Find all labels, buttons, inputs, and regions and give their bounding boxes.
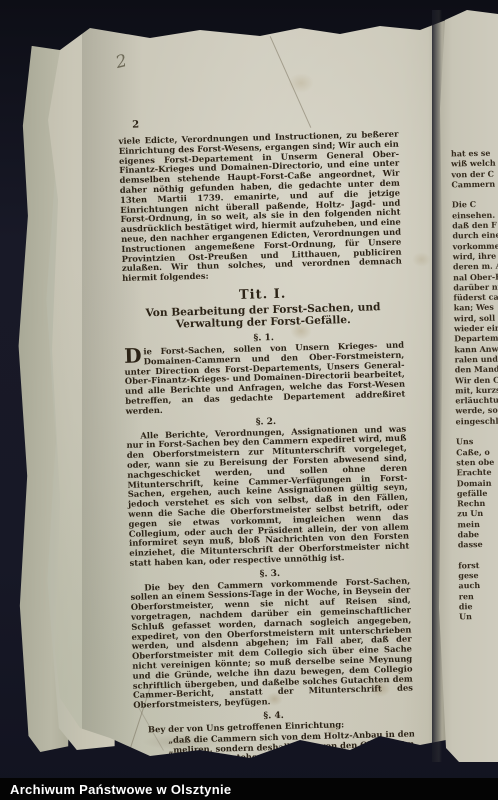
archive-name-label: Archiwum Państwowe w Olsztynie bbox=[10, 782, 231, 797]
archive-footer-bar: Archiwum Państwowe w Olsztynie bbox=[0, 778, 498, 800]
text-fragment: Wir den Cam bbox=[455, 374, 498, 385]
book-page: 2 2 viele Edicte, Verordnungen und Instr… bbox=[22, 12, 454, 768]
quote-line: „unter ihnen stehenden Forst-Bedienten g… bbox=[169, 749, 415, 765]
intro-paragraph: viele Edicte, Verordnungen und Instructi… bbox=[118, 130, 402, 284]
text-fragment: Uns bbox=[456, 436, 498, 447]
text-fragment: eingeschloss bbox=[456, 415, 498, 426]
text-fragment: deren m. A bbox=[453, 261, 498, 272]
section-2-paragraph: Alle Berichte, Verordnungen, Assignation… bbox=[126, 424, 409, 568]
text-fragment: Erachte bbox=[456, 467, 498, 478]
text-fragment: dasse bbox=[458, 539, 498, 550]
text-fragment: mein bbox=[457, 518, 498, 529]
archive-scan-background: 2 2 viele Edicte, Verordnungen und Instr… bbox=[0, 0, 498, 800]
text-fragment: nal Ober-Fi bbox=[453, 271, 498, 282]
text-fragment: den Mander bbox=[455, 364, 498, 375]
section-4-quote: „daß die Cammern sich von dem Holtz-Anba… bbox=[168, 729, 415, 765]
chapter-title: Von Bearbeitung der Forst-Sachen, und Ve… bbox=[129, 301, 398, 333]
section-3-paragraph: Die bey den Cammern vorkommende Forst-Sa… bbox=[130, 576, 413, 711]
text-fragment bbox=[458, 549, 498, 560]
section-1-text: ie Forst-Sachen, sollen von Unsern Krieg… bbox=[124, 340, 405, 416]
text-fragment: erläuchtung bbox=[455, 395, 498, 406]
text-fragment: wird, soll al bbox=[454, 312, 498, 323]
drop-cap: D bbox=[124, 347, 142, 364]
text-fragment: auch bbox=[458, 580, 498, 591]
text-fragment: ren bbox=[459, 590, 498, 601]
text-fragment: mit, kurzsch bbox=[455, 384, 498, 395]
text-fragment: forst bbox=[458, 559, 498, 570]
text-fragment: dabe bbox=[458, 529, 498, 540]
text-fragment: Departement bbox=[454, 333, 498, 344]
page-number: 2 bbox=[132, 113, 398, 131]
text-fragment bbox=[456, 426, 498, 437]
text-fragment: gefälle bbox=[457, 487, 498, 498]
text-fragment: wiß welch bbox=[451, 158, 497, 169]
text-fragment: kan; Wes bbox=[454, 302, 498, 313]
text-fragment: sten obe bbox=[456, 456, 498, 467]
text-fragment: die bbox=[459, 601, 498, 612]
text-fragment: Un bbox=[459, 611, 498, 622]
text-fragment: gese bbox=[458, 570, 498, 581]
section-1-paragraph: Die Forst-Sachen, sollen von Unsern Krie… bbox=[124, 341, 406, 417]
adjacent-page-edge: hat es sewiß welchvon der CCammernDie Ce… bbox=[437, 8, 498, 762]
catchword: „Ober bbox=[135, 761, 409, 778]
text-fragment: Rechn bbox=[457, 498, 498, 509]
text-fragment: Domain bbox=[457, 477, 498, 488]
text-fragment: Cammern bbox=[451, 179, 497, 190]
text-fragment: füderst cam bbox=[453, 292, 498, 303]
text-fragment: durch eine bbox=[452, 230, 498, 241]
text-fragment: kann Anweis bbox=[454, 343, 498, 354]
text-fragment: wieder einge bbox=[454, 323, 498, 334]
text-fragment: werde, solch bbox=[455, 405, 498, 416]
printed-text-block: 2 viele Edicte, Verordnungen und Instruc… bbox=[118, 113, 415, 778]
text-fragment: Caße, o bbox=[456, 446, 498, 457]
text-fragment: von der C bbox=[451, 168, 497, 179]
text-fragment: ralen und Pr bbox=[454, 354, 498, 365]
text-fragment: zu Un bbox=[457, 508, 498, 519]
clipped-text-fragments: hat es sewiß welchvon der CCammernDie Ce… bbox=[451, 148, 498, 622]
